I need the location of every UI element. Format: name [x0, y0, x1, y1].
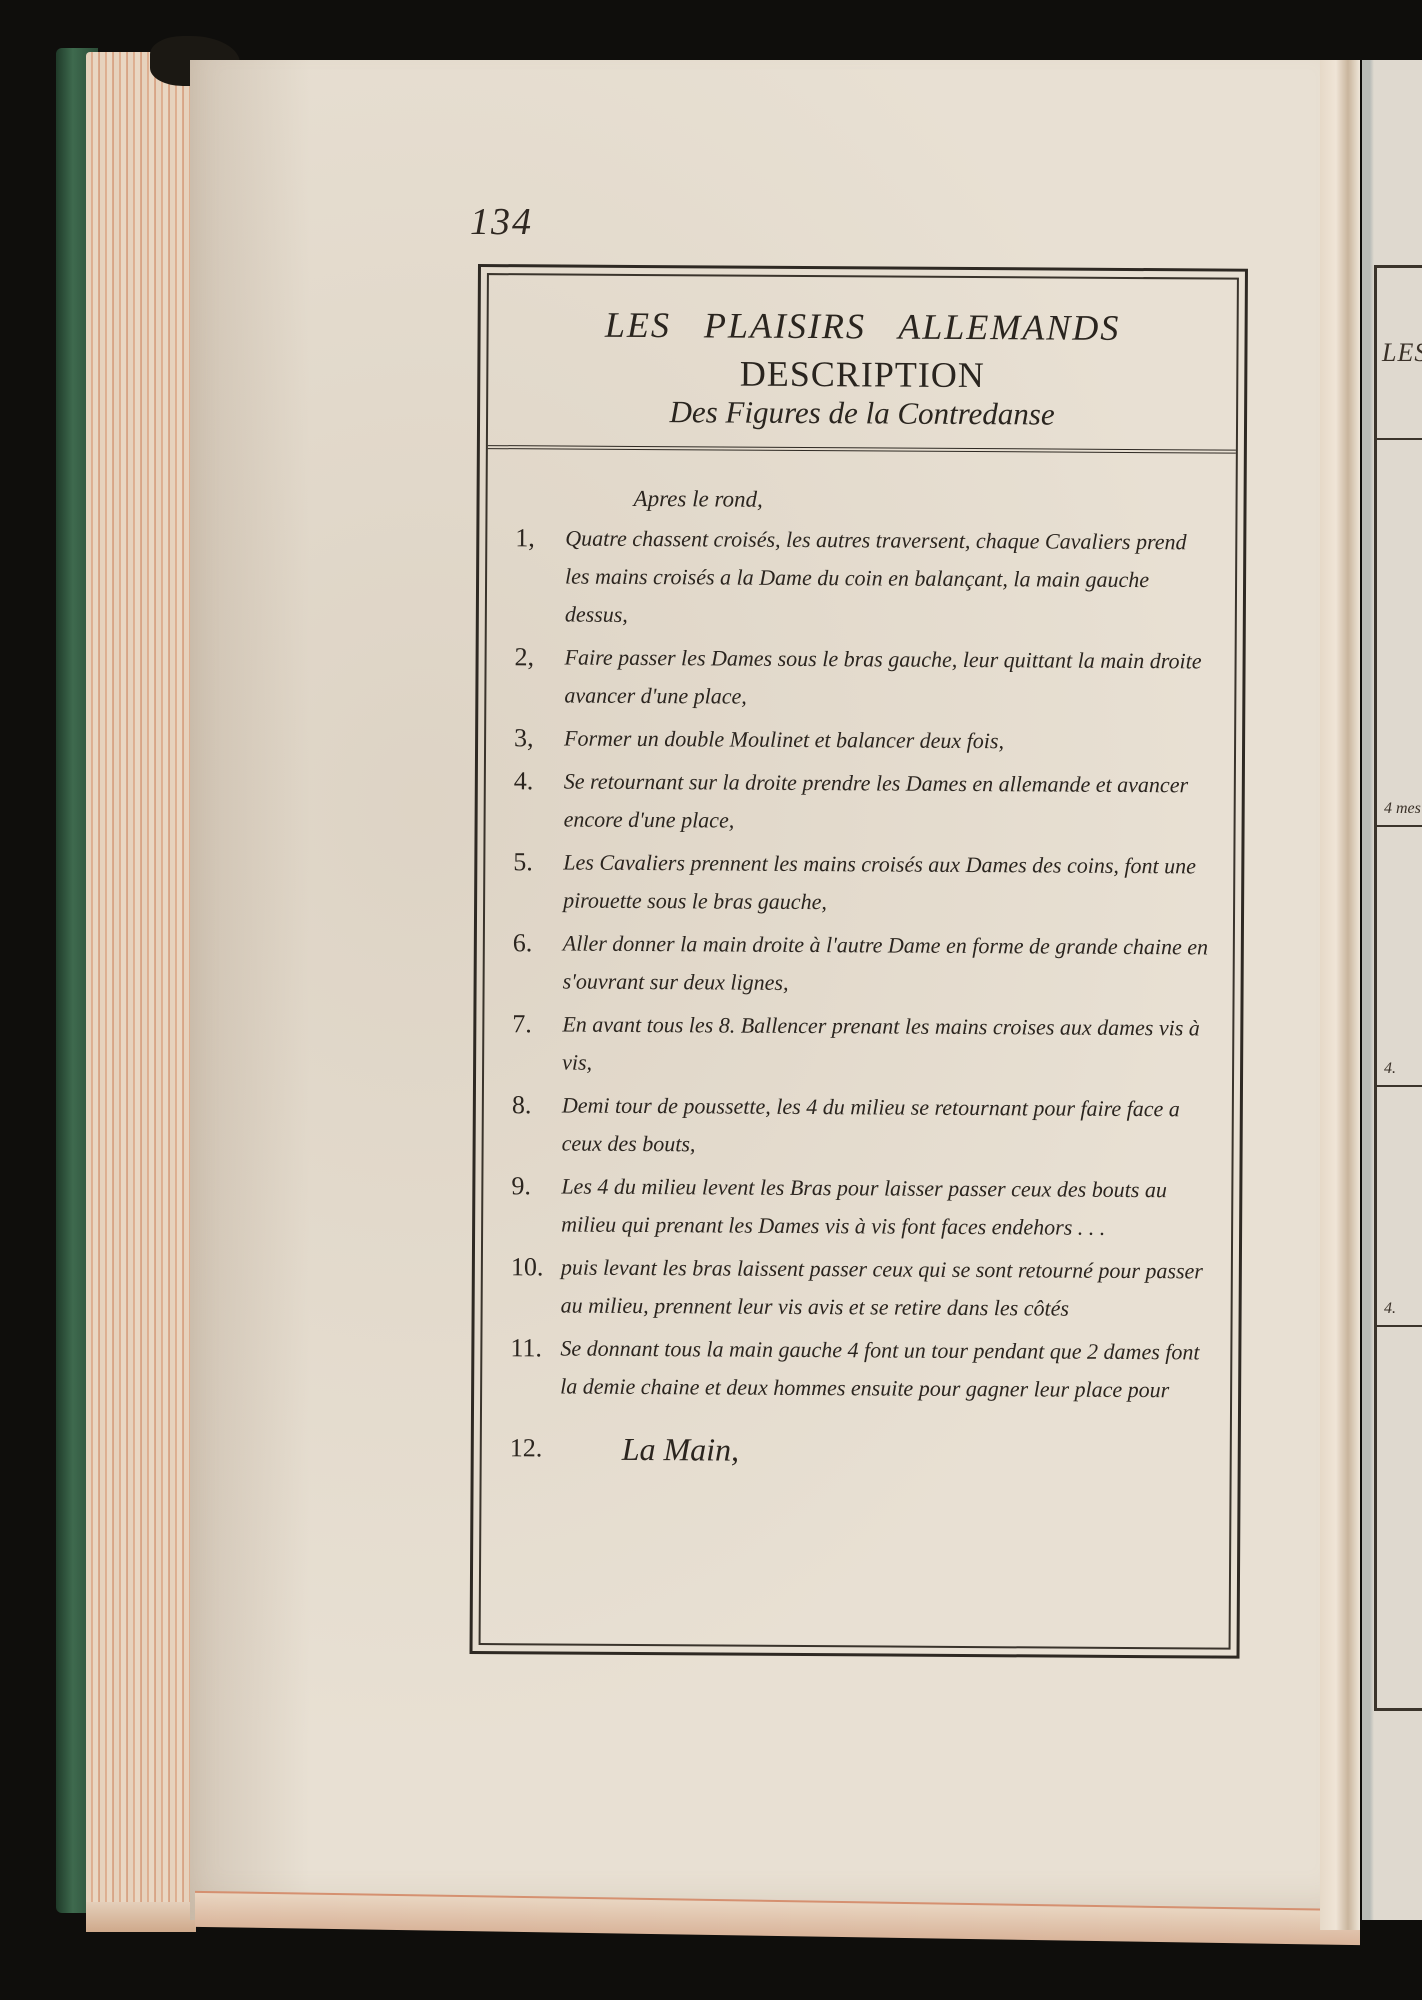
section-subheading: Des Figures de la Contredanse [488, 393, 1236, 434]
section-heading: DESCRIPTION [488, 351, 1236, 398]
figure-item: 9. Les 4 du milieu levent les Bras pour … [511, 1167, 1211, 1247]
figure-item: 8. Demi tour de poussette, les 4 du mili… [512, 1086, 1212, 1166]
engraved-frame-inner: LES PLAISIRS ALLEMANDS DESCRIPTION Des F… [479, 273, 1239, 1650]
figure-number: 7. [512, 1005, 554, 1081]
adjacent-page-mark: 4. [1384, 1300, 1396, 1318]
book-scan: LES 4 mes 4. 4. 134 LES PLAISIRS ALLEMAN… [0, 0, 1422, 2000]
figure-text: puis levant les bras laissent passer ceu… [553, 1248, 1211, 1328]
figure-text: La Main, [552, 1429, 1210, 1471]
figure-text: Les Cavaliers prennent les mains croisés… [555, 843, 1213, 923]
adjacent-page-mark: 4. [1384, 1060, 1396, 1078]
book-gutter [1320, 60, 1360, 1930]
figure-item: 7. En avant tous les 8. Ballencer prenan… [512, 1005, 1212, 1085]
figure-number: 11. [510, 1329, 552, 1405]
figure-text: En avant tous les 8. Ballencer prenant l… [554, 1005, 1212, 1085]
figure-item: 1, Quatre chassent croisés, les autres t… [515, 519, 1216, 637]
figure-number: 2, [514, 638, 556, 714]
figure-text: Demi tour de poussette, les 4 du milieu … [554, 1086, 1212, 1166]
figure-number: 4. [513, 762, 555, 838]
figure-item: 10. puis levant les bras laissent passer… [511, 1248, 1211, 1328]
figure-number: 12. [510, 1429, 552, 1467]
figure-item: 2, Faire passer les Dames sous le bras g… [514, 638, 1214, 718]
title-cartouche: LES PLAISIRS ALLEMANDS DESCRIPTION Des F… [488, 275, 1237, 454]
figure-text: Faire passer les Dames sous le bras gauc… [556, 638, 1214, 718]
page-number: 134 [470, 200, 533, 244]
figure-item: 5. Les Cavaliers prennent les mains croi… [513, 843, 1213, 923]
adjacent-page-rule [1374, 1325, 1422, 1327]
figure-number: 3, [514, 719, 556, 757]
figure-text: Se retournant sur la droite prendre les … [555, 762, 1213, 842]
figure-number: 6. [513, 924, 555, 1000]
adjacent-page-title: LES [1382, 338, 1422, 368]
figure-text: Se donnant tous la main gauche 4 font un… [552, 1329, 1210, 1409]
engraved-frame: LES PLAISIRS ALLEMANDS DESCRIPTION Des F… [470, 264, 1248, 1659]
adjacent-page: LES 4 mes 4. 4. [1362, 60, 1422, 1920]
page-edges-stack [86, 52, 196, 1932]
figure-item-final: 12. La Main, [510, 1429, 1210, 1471]
adjacent-page-mark: 4 mes [1384, 800, 1421, 818]
figure-item: 11. Se donnant tous la main gauche 4 fon… [510, 1329, 1210, 1409]
adjacent-page-frame [1374, 265, 1422, 1711]
figure-item: 4. Se retournant sur la droite prendre l… [513, 762, 1213, 842]
figure-text: Aller donner la main droite à l'autre Da… [555, 924, 1213, 1004]
figure-number: 8. [512, 1086, 554, 1162]
adjacent-page-rule [1374, 438, 1422, 440]
figure-item: 6. Aller donner la main droite à l'autre… [513, 924, 1213, 1004]
figure-list: Apres le rond, 1, Quatre chassent croisé… [510, 485, 1216, 1476]
figure-text: Les 4 du milieu levent les Bras pour lai… [553, 1167, 1211, 1247]
figure-text: Former un double Moulinet et balancer de… [556, 719, 1214, 761]
dance-title: LES PLAISIRS ALLEMANDS [489, 303, 1237, 350]
figure-number: 9. [511, 1167, 553, 1243]
figure-number: 1, [515, 519, 558, 633]
adjacent-page-rule [1374, 1085, 1422, 1087]
figure-item: 3, Former un double Moulinet et balancer… [514, 719, 1214, 761]
adjacent-page-rule [1374, 825, 1422, 827]
figure-number: 5. [513, 843, 555, 919]
figure-text: Quatre chassent croisés, les autres trav… [557, 519, 1216, 637]
figure-number: 10. [511, 1248, 553, 1324]
intro-line: Apres le rond, [633, 486, 1215, 516]
